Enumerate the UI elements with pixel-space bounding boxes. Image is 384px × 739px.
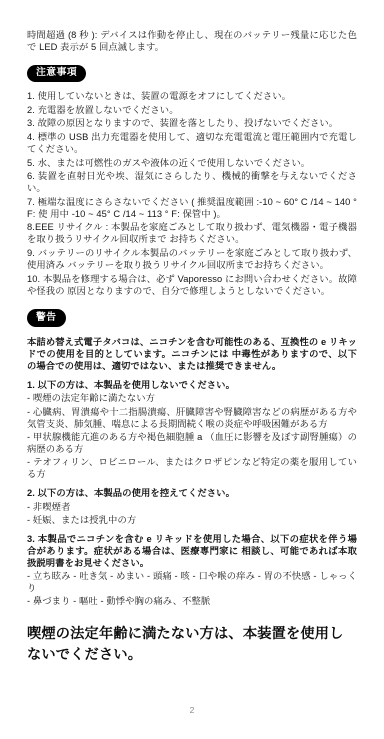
warning-item: - テオフィリン、ロビニロール、またはクロザピンなど特定の薬を服用している方 <box>27 456 357 480</box>
warning-item: - 甲状腺機能亢進のある方や褐色細胞腫 a （血圧に影響を及ぼす副腎腫瘍）の病歴… <box>27 431 357 455</box>
manual-page: 時間超過 (8 秒 ): デバイスは作動を停止し、現在のバッテリー残量に応じた色… <box>0 0 384 739</box>
warning-item: - 喫煙の法定年齢に満たない方 <box>27 392 357 404</box>
precaution-item: 1. 使用していないときは、装置の電源をオフにしてください。 <box>27 90 357 102</box>
warning-section-3-heading: 3. 本製品でニコチンを含む e リキッドを使用した場合、以下の症状を伴う場合が… <box>27 533 357 569</box>
warning-section-1-heading: 1. 以下の方は、本製品を使用しないでください。 <box>27 379 357 391</box>
warning-item: - 心臓病、胃潰瘍や十二指腸潰瘍、肝臓障害や腎臓障害などの病歴がある方や気管支炎… <box>27 406 357 430</box>
warning-section-2-heading: 2. 以下の方は、本製品の使用を控えてください。 <box>27 487 357 499</box>
precaution-item: 3. 故障の原因となりますので、装置を落としたり、投げないでください。 <box>27 117 357 129</box>
age-restriction-notice: 喫煙の法定年齢に満たない方は、本装置を使用しないでください。 <box>27 624 357 666</box>
precaution-item: 8.EEE リサイクル : 本製品を家庭ごみとして取り扱わず、電気機器・電子機器… <box>27 221 357 245</box>
precautions-badge: 注意事項 <box>27 65 86 83</box>
precaution-item: 10. 本製品を修理する場合は、必ず Vaporesso にお問い合わせください… <box>27 273 357 297</box>
warning-section-3-items: - 立ち眩み - 吐き気 - めまい - 頭痛 - 咳 - 口や喉の痒み - 胃… <box>27 570 357 607</box>
precaution-item: 4. 標準の USB 出力充電器を使用して、適切な充電電流と電圧範囲内で充電して… <box>27 131 357 155</box>
precaution-item: 2. 充電器を放置しないでください。 <box>27 104 357 116</box>
warning-badge-row: 警告 <box>27 307 357 327</box>
warning-badge: 警告 <box>27 309 66 327</box>
precautions-list: 1. 使用していないときは、装置の電源をオフにしてください。2. 充電器を放置し… <box>27 90 357 296</box>
page-number: 2 <box>0 705 384 715</box>
precaution-item: 9. バッテリーのリサイクル本製品のバッテリーを家庭ごみとして取り扱わず、使用済… <box>27 247 357 271</box>
warning-section-2-items: - 非喫煙者- 妊娠、または授乳中の方 <box>27 501 357 526</box>
warning-lead-paragraph: 本詰め替え式電子タバコは、ニコチンを含む可能性のある、互換性の e リキッドでの… <box>27 336 357 372</box>
page-content: 時間超過 (8 秒 ): デバイスは作動を停止し、現在のバッテリー残量に応じた色… <box>0 0 384 666</box>
warning-symptom-item: - 鼻づまり - 嘔吐 - 動悸や胸の痛み、不整脈 <box>27 595 357 607</box>
warning-section-1-items: - 喫煙の法定年齢に満たない方- 心臓病、胃潰瘍や十二指腸潰瘍、肝臓障害や腎臓障… <box>27 392 357 480</box>
intro-paragraph: 時間超過 (8 秒 ): デバイスは作動を停止し、現在のバッテリー残量に応じた色… <box>27 29 357 53</box>
precaution-item: 5. 水、または可燃性のガスや液体の近くで使用しないでください。 <box>27 157 357 169</box>
warning-section-3: 3. 本製品でニコチンを含む e リキッドを使用した場合、以下の症状を伴う場合が… <box>27 533 357 608</box>
warning-item: - 妊娠、または授乳中の方 <box>27 514 357 526</box>
warning-section-1: 1. 以下の方は、本製品を使用しないでください。 - 喫煙の法定年齢に満たない方… <box>27 379 357 480</box>
warning-symptom-item: - 立ち眩み - 吐き気 - めまい - 頭痛 - 咳 - 口や喉の痒み - 胃… <box>27 570 357 594</box>
precaution-item: 7. 極端な温度にさらさないでください ( 推奨温度範囲 :-10 ~ 60° … <box>27 196 357 220</box>
precaution-item: 6. 装置を直射日光や埃、湿気にさらしたり、機械的衝撃を与えないでください。 <box>27 170 357 194</box>
warning-section-2: 2. 以下の方は、本製品の使用を控えてください。 - 非喫煙者- 妊娠、または授… <box>27 487 357 526</box>
precautions-badge-row: 注意事項 <box>27 62 357 82</box>
warning-item: - 非喫煙者 <box>27 501 357 513</box>
